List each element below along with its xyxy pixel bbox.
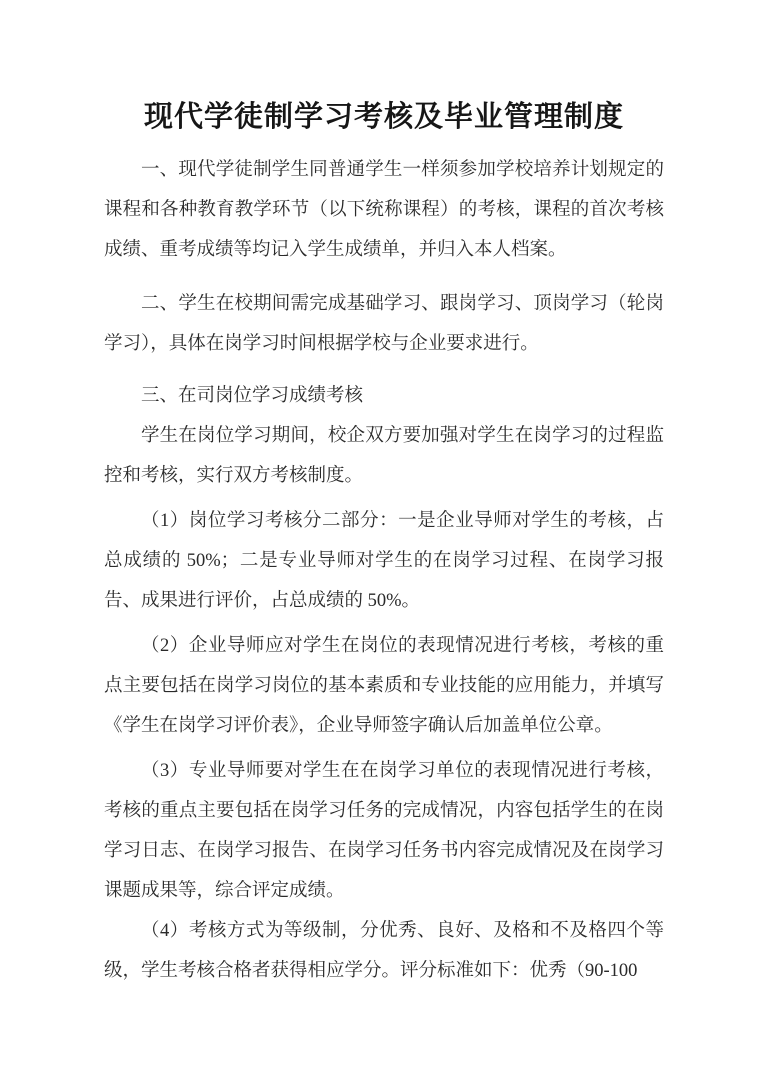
paragraph-1: 一、现代学徒制学生同普通学生一样须参加学校培养计划规定的课程和各种教育教学环节（…: [104, 150, 664, 270]
document-page: 现代学徒制学习考核及毕业管理制度 一、现代学徒制学生同普通学生一样须参加学校培养…: [0, 0, 765, 1087]
paragraph-7-item-3: （3）专业导师要对学生在在岗学习单位的表现情况进行考核，考核的重点主要包括在岗学…: [104, 751, 664, 911]
paragraph-2: 二、学生在校期间需完成基础学习、跟岗学习、顶岗学习（轮岗学习），具体在岗学习时间…: [104, 284, 664, 364]
paragraph-6-item-2: （2）企业导师应对学生在岗位的表现情况进行考核，考核的重点主要包括在岗学习岗位的…: [104, 626, 664, 746]
paragraph-4: 学生在岗位学习期间，校企双方要加强对学生在岗学习的过程监控和考核，实行双方考核制…: [104, 416, 664, 496]
paragraph-5-item-1: （1）岗位学习考核分二部分：一是企业导师对学生的考核，占总成绩的 50%；二是专…: [104, 501, 664, 621]
paragraph-8-item-4: （4）考核方式为等级制，分优秀、良好、及格和不及格四个等级，学生考核合格者获得相…: [104, 911, 664, 991]
document-title: 现代学徒制学习考核及毕业管理制度: [104, 98, 664, 136]
section-heading-3: 三、在司岗位学习成绩考核: [104, 376, 664, 416]
